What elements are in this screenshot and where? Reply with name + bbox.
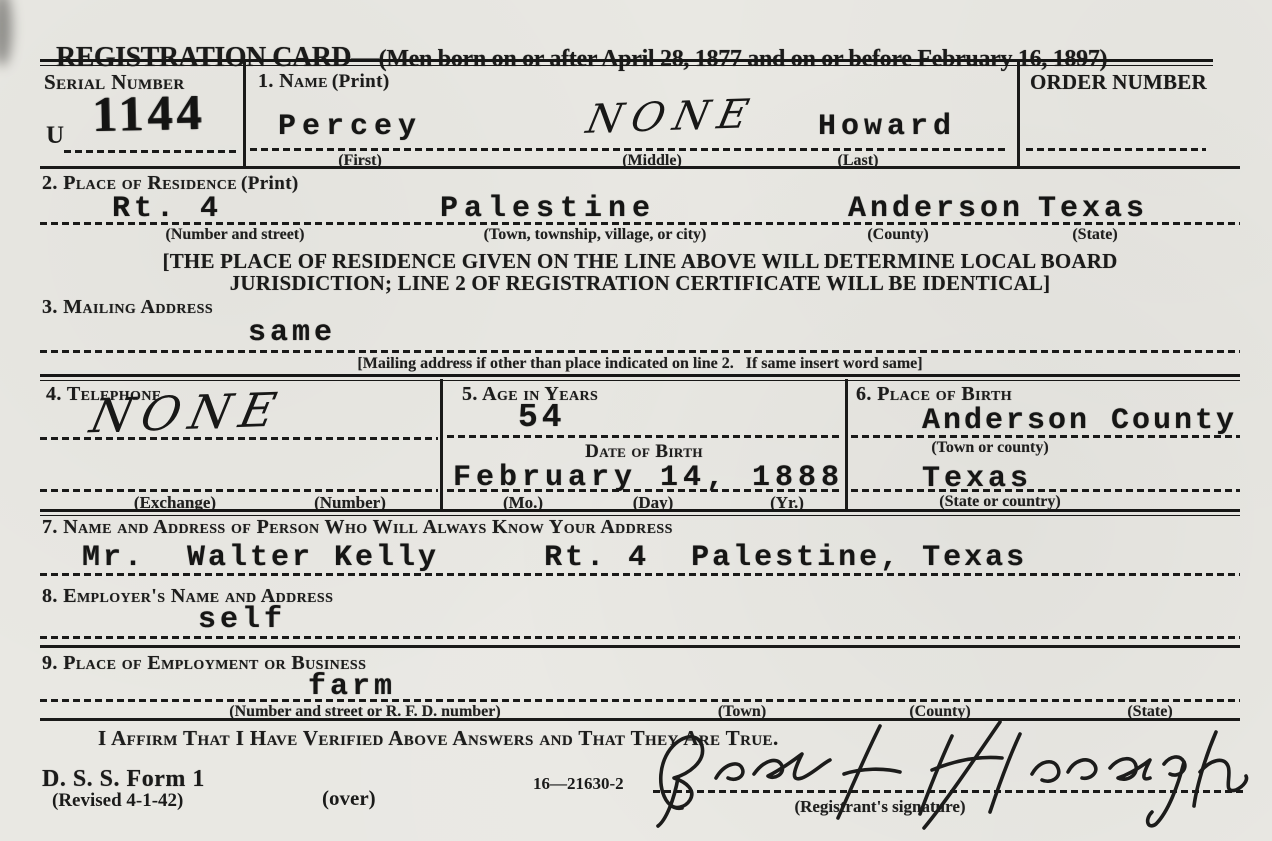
telephone-line-2 — [40, 489, 438, 492]
residence-line — [40, 222, 1240, 225]
mailing-bottom-rule — [40, 374, 1240, 381]
residence-state-caption: (State) — [1035, 226, 1155, 244]
birthplace-town-caption: (Town or county) — [870, 439, 1110, 457]
residence-label-main: 2. Place of Residence — [42, 172, 237, 194]
telephone-value: NONE — [85, 383, 289, 445]
dob-label: Date of Birth — [447, 441, 841, 463]
divider-age-birth — [845, 379, 848, 511]
row456-bottom-rule — [40, 509, 1240, 516]
employer-label: 8. Employer's Name and Address — [42, 585, 333, 608]
telephone-line-1 — [40, 437, 438, 440]
name-line — [250, 148, 1008, 151]
title-divider — [40, 59, 1213, 66]
serial-number-line — [64, 150, 238, 153]
birthplace-town-value: Anderson County — [922, 404, 1237, 438]
over-note: (over) — [322, 786, 376, 811]
order-number-label: ORDER NUMBER — [1030, 70, 1207, 95]
name-label-print: (Print) — [332, 71, 390, 92]
form-revision: (Revised 4-1-42) — [52, 790, 183, 812]
residence-county-caption: (County) — [838, 226, 958, 244]
serial-number-value: 1144 — [91, 83, 205, 143]
name-label-main: 1. Name — [258, 70, 328, 92]
mailing-value: same — [248, 316, 336, 350]
age-line — [447, 435, 841, 438]
form-name: D. S. S. Form 1 — [42, 766, 205, 793]
birthplace-label: 6. Place of Birth — [856, 383, 1012, 406]
contact-line — [40, 573, 1240, 576]
name-last-value: Howard — [818, 110, 956, 144]
residence-state-value: Texas — [1038, 192, 1148, 226]
page-title-main: REGISTRATION CARD— — [56, 42, 379, 73]
name-first-value: Percey — [278, 110, 422, 144]
residence-street-value: Rt. 4 — [112, 192, 222, 226]
contact-value: Mr. Walter Kelly Rt. 4 Palestine, Texas — [82, 541, 1027, 575]
birthplace-state-line — [851, 489, 1240, 492]
residence-label-print: (Print) — [241, 173, 299, 194]
residence-street-caption: (Number and street) — [125, 226, 345, 244]
employer-line — [40, 636, 1240, 639]
name-first-caption: (First) — [300, 152, 420, 170]
serial-number-prefix: U — [46, 122, 64, 150]
mailing-hint: [Mailing address if other than place ind… — [40, 355, 1240, 373]
name-middle-caption: (Middle) — [592, 152, 712, 170]
contact-label: 7. Name and Address of Person Who Will A… — [42, 516, 673, 539]
jurisdiction-note-line2: JURISDICTION; LINE 2 OF REGISTRATION CER… — [40, 271, 1240, 296]
page-title: REGISTRATION CARD—(Men born on or after … — [40, 24, 1107, 92]
registrant-signature — [640, 714, 1252, 836]
mailing-line — [40, 350, 1240, 353]
dob-line — [447, 489, 841, 492]
residence-town-value: Palestine — [440, 192, 656, 226]
registration-card-scan: REGISTRATION CARD—(Men born on or after … — [0, 0, 1272, 841]
name-label: 1. Name (Print) — [258, 70, 390, 93]
divider-serial-name — [243, 62, 246, 167]
scan-smudge — [0, 0, 12, 66]
name-middle-value: NONE — [582, 91, 761, 143]
name-last-caption: (Last) — [798, 152, 918, 170]
print-code: 16—21630-2 — [533, 774, 624, 794]
residence-town-caption: (Town, township, village, or city) — [445, 226, 745, 244]
employer-bottom-rule — [40, 645, 1240, 648]
birthplace-town-line — [851, 435, 1240, 438]
mailing-label: 3. Mailing Address — [42, 296, 213, 319]
divider-name-order — [1017, 62, 1020, 167]
residence-county-value: Anderson — [848, 192, 1024, 226]
age-value: 54 — [518, 399, 566, 436]
order-number-line — [1026, 148, 1206, 151]
employment-line — [40, 699, 1240, 702]
employer-value: self — [198, 603, 286, 637]
divider-phone-age — [440, 379, 443, 511]
